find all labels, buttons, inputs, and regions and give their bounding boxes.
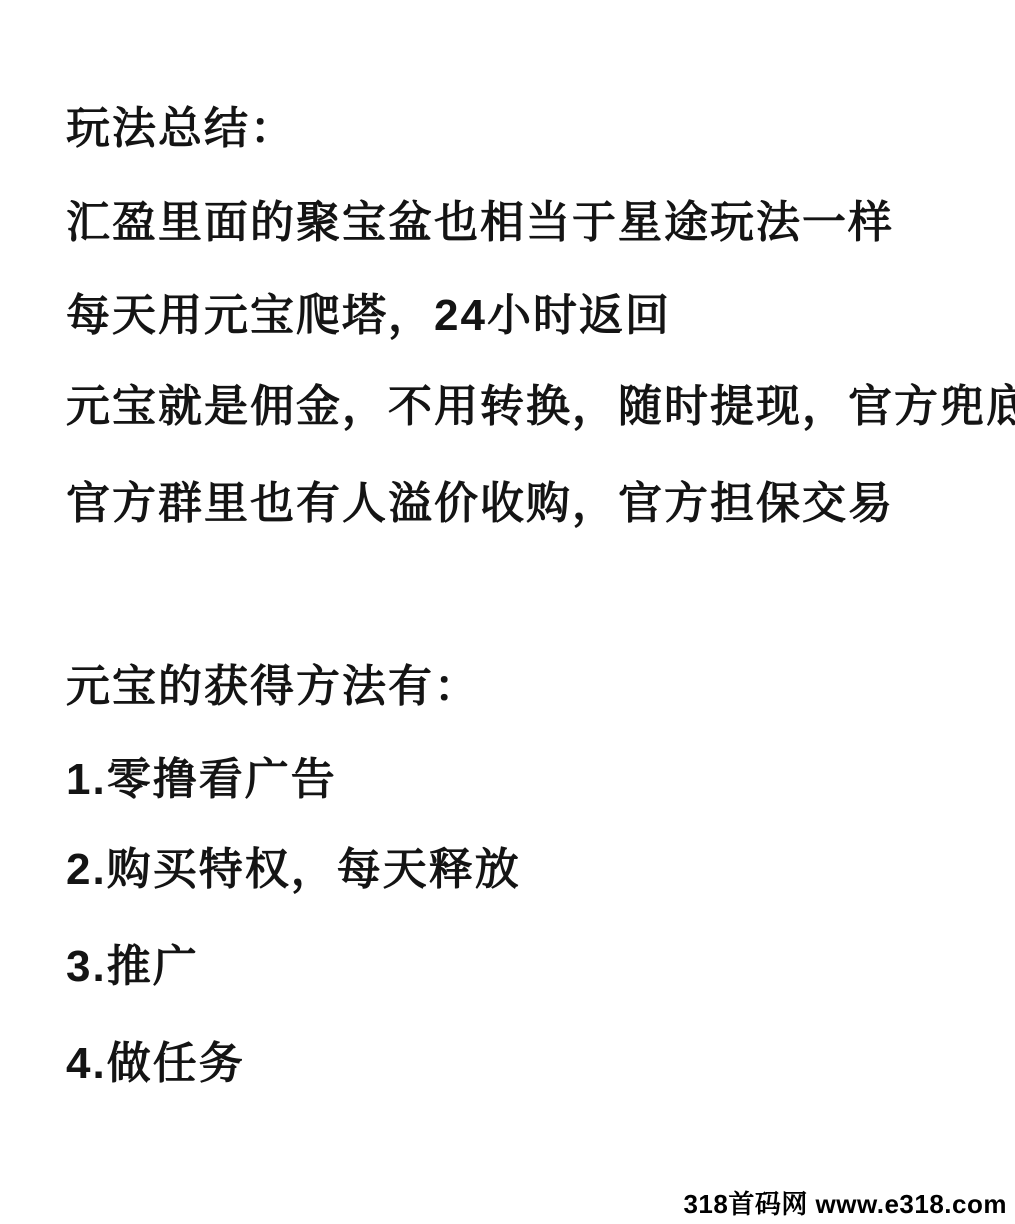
methods-header: 元宝的获得方法有： — [66, 664, 480, 710]
method-item-4: 4.做任务 — [66, 1041, 245, 1087]
doc-title: 玩法总结： — [66, 106, 296, 152]
summary-line-2: 每天用元宝爬塔，24小时返回 — [66, 293, 671, 339]
method-item-1: 1.零撸看广告 — [66, 757, 337, 803]
method-item-2: 2.购买特权，每天释放 — [66, 847, 521, 893]
summary-line-1: 汇盈里面的聚宝盆也相当于星途玩法一样 — [66, 200, 894, 246]
method-item-3: 3.推广 — [66, 944, 199, 990]
document-page: 玩法总结： 汇盈里面的聚宝盆也相当于星途玩法一样 每天用元宝爬塔，24小时返回 … — [0, 0, 1015, 1224]
summary-line-4: 官方群里也有人溢价收购，官方担保交易 — [66, 481, 894, 527]
summary-line-3: 元宝就是佣金，不用转换，随时提现，官方兜底 — [66, 384, 1015, 430]
site-watermark: 318首码网 www.e318.com — [683, 1191, 1007, 1217]
